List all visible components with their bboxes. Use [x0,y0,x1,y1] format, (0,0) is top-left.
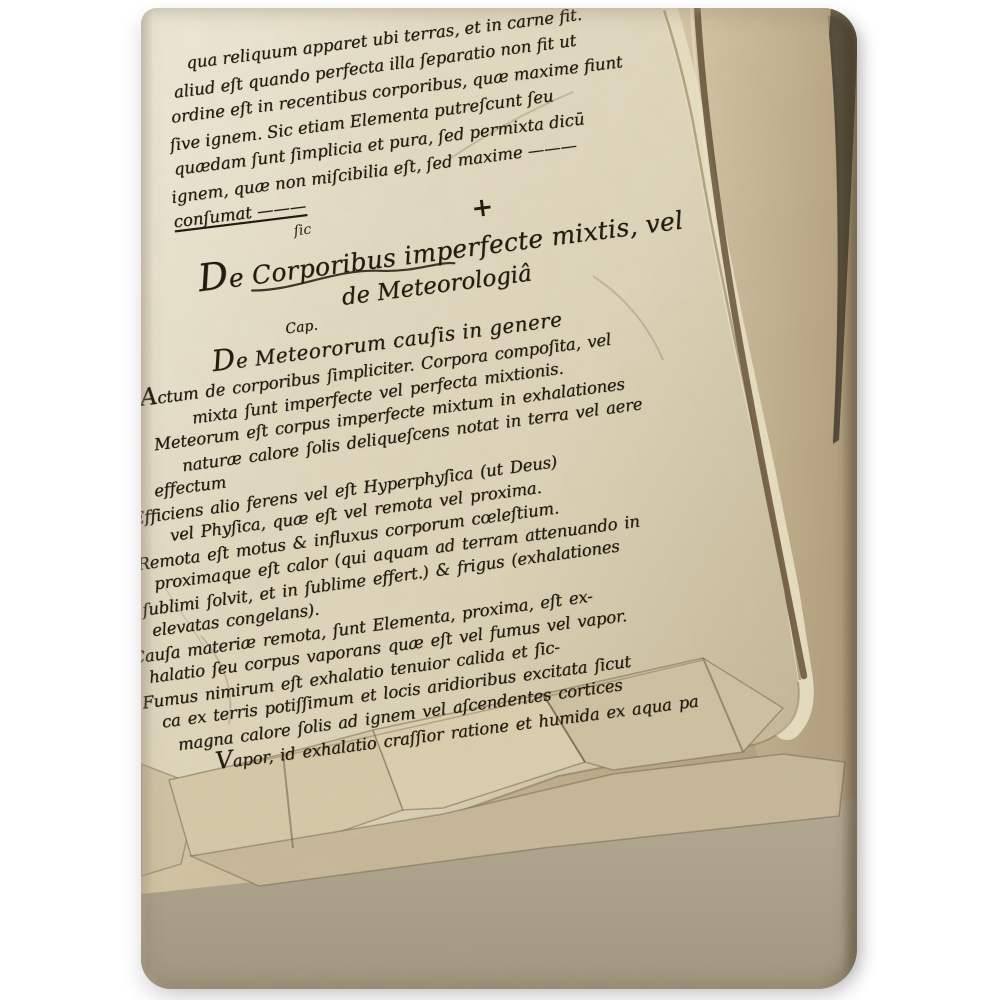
manuscript-notebook-cover: qua reliquum apparet ubi terras, et in c… [141,8,857,989]
product-photo: qua reliquum apparet ubi terras, et in c… [0,0,1000,1000]
handwritten-text-block: qua reliquum apparet ubi terras, et in c… [171,8,765,769]
body-paragraph: Actum de corporibus ſimpliciter. Corpora… [213,312,765,769]
cross-mark: + [470,192,495,225]
sic-mark: ſic [293,221,312,239]
